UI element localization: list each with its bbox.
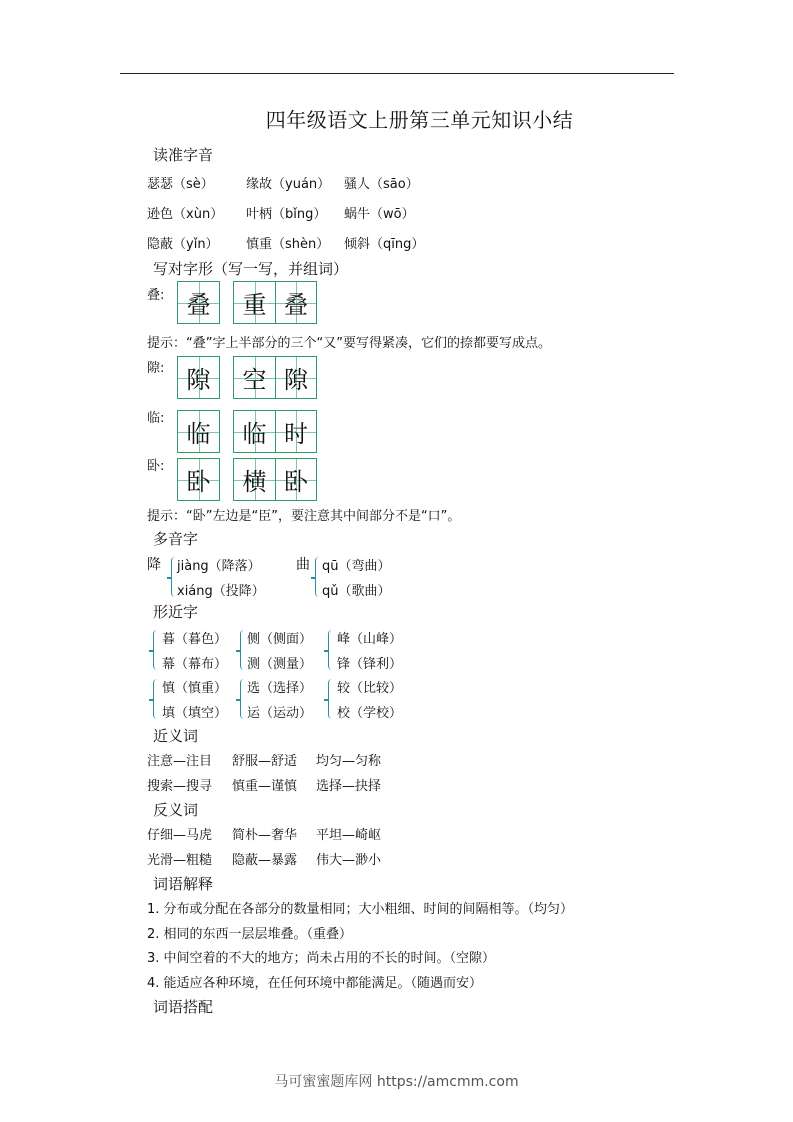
similar-item: 锋（锋利） [337,653,402,672]
brace-icon [153,679,160,719]
explanation-item: 3. 中间空着的不大的地方；尚未占用的不长的时间。（空隙） [147,947,495,966]
grid-cell: 卧 [178,459,219,500]
synonym-pair: 搜索—搜寻 [147,775,212,794]
grid-char: 卧 [284,462,308,497]
section-antonyms: 反义词 [153,799,198,820]
grid-cell: 空 [234,357,275,398]
explanation-item: 2. 相同的东西一层层堆叠。（重叠） [147,923,352,942]
brace-icon [328,630,335,670]
grid-char: 空 [243,360,267,395]
header-rule [120,73,674,74]
grid-cell: 临 [234,411,275,452]
grid-char: 隙 [284,360,308,395]
footer-watermark: 马可蜜蜜题库网 https://amcmm.com [0,1071,793,1091]
word: 倾斜 [344,237,370,252]
word: 逊色 [147,207,173,222]
page-title: 四年级语文上册第三单元知识小结 [0,104,793,133]
section-read: 读准字音 [153,144,213,165]
poly-reading: qǔ（歌曲） [322,580,391,599]
pinyin-row: 瑟瑟（sè）缘故（yuán）骚人（sāo） [147,173,419,192]
section-poly: 多音字 [153,528,198,549]
brace-icon [240,630,247,670]
poly-reading: xiáng（投降） [177,580,265,599]
section-write: 写对字形（写一写，并组词） [153,258,348,279]
grid-char: 叠 [284,285,308,320]
word: 慎重 [246,237,272,252]
tianzige-pair: 临时 [233,410,317,453]
tianzige-pair: 空隙 [233,356,317,399]
grid-char: 横 [243,462,267,497]
explanation-item: 4. 能适应各种环境，在任何环境中都能满足。（随遇而安） [147,972,482,991]
grid-char: 时 [284,414,308,449]
char-label: 临: [147,407,164,426]
grid-cell: 重 [234,282,275,323]
pinyin: （xùn） [173,207,223,222]
char-label: 隙: [147,357,164,376]
grid-char: 隙 [187,360,211,395]
similar-item: 填（填空） [162,702,227,721]
pinyin-row: 隐蔽（yǐn）慎重（shèn）倾斜（qīng） [147,233,424,252]
grid-cell: 叠 [178,282,219,323]
tianzige-single: 叠 [177,281,220,324]
poly-reading: jiàng（降落） [177,555,261,574]
similar-item: 选（选择） [247,677,312,696]
brace-icon [153,630,160,670]
pinyin: （bǐng） [272,207,326,222]
similar-item: 侧（侧面） [247,628,312,647]
pinyin: （qīng） [370,237,424,252]
similar-item: 暮（暮色） [162,628,227,647]
pinyin-row: 逊色（xùn）叶柄（bǐng）蜗牛（wō） [147,203,415,222]
section-collocation: 词语搭配 [153,996,213,1017]
tianzige-single: 临 [177,410,220,453]
tianzige-pair: 横卧 [233,458,317,501]
grid-cell: 卧 [275,459,316,500]
brace-icon [315,557,322,597]
word: 蜗牛 [344,207,370,222]
pinyin: （yuán） [272,177,330,192]
poly-reading: qū（弯曲） [322,555,391,574]
similar-item: 峰（山峰） [337,628,402,647]
synonym-pair: 均匀—匀称 [316,750,381,769]
pinyin: （sāo） [370,177,419,192]
brace-icon [240,679,247,719]
grid-char: 卧 [187,462,211,497]
antonym-pair: 光滑—粗糙 [147,849,212,868]
pinyin: （wō） [370,207,415,222]
pinyin: （yǐn） [173,237,219,252]
antonym-pair: 简朴—奢华 [232,824,297,843]
antonym-pair: 伟大—渺小 [316,849,381,868]
synonym-pair: 慎重—谨慎 [232,775,297,794]
grid-cell: 时 [275,411,316,452]
similar-item: 幕（幕布） [162,653,227,672]
section-similar: 形近字 [153,601,198,622]
poly-char: 曲 [296,554,310,574]
word: 缘故 [246,177,272,192]
similar-item: 校（学校） [337,702,402,721]
antonym-pair: 隐蔽—暴露 [232,849,297,868]
word: 瑟瑟 [147,177,173,192]
char-label: 叠: [147,284,164,303]
similar-item: 测（测量） [247,653,312,672]
word: 隐蔽 [147,237,173,252]
antonym-pair: 仔细—马虎 [147,824,212,843]
pinyin: （shèn） [272,237,329,252]
word: 叶柄 [246,207,272,222]
pinyin: （sè） [173,177,214,192]
explanation-item: 1. 分布或分配在各部分的数量相同；大小粗细、时间的间隔相等。（均匀） [147,898,573,917]
grid-char: 临 [187,414,211,449]
tianzige-single: 卧 [177,458,220,501]
synonym-pair: 选择—抉择 [316,775,381,794]
synonym-pair: 注意—注目 [147,750,212,769]
grid-cell: 临 [178,411,219,452]
tip: 提示：“卧”左边是“臣”，要注意其中间部分不是“口”。 [147,505,460,524]
tip: 提示：“叠”字上半部分的三个“又”要写得紧凑，它们的捺都要写成点。 [147,332,551,351]
grid-char: 叠 [187,285,211,320]
grid-cell: 横 [234,459,275,500]
grid-cell: 隙 [275,357,316,398]
tianzige-pair: 重叠 [233,281,317,324]
char-label: 卧: [147,455,164,474]
section-explain: 词语解释 [153,873,213,894]
grid-cell: 隙 [178,357,219,398]
synonym-pair: 舒服—舒适 [232,750,297,769]
grid-cell: 叠 [275,282,316,323]
antonym-pair: 平坦—崎岖 [316,824,381,843]
grid-char: 临 [243,414,267,449]
tianzige-single: 隙 [177,356,220,399]
poly-char: 降 [147,554,161,574]
similar-item: 较（比较） [337,677,402,696]
grid-char: 重 [243,285,267,320]
similar-item: 慎（慎重） [162,677,227,696]
similar-item: 运（运动） [247,702,312,721]
word: 骚人 [344,177,370,192]
section-synonyms: 近义词 [153,725,198,746]
brace-icon [328,679,335,719]
